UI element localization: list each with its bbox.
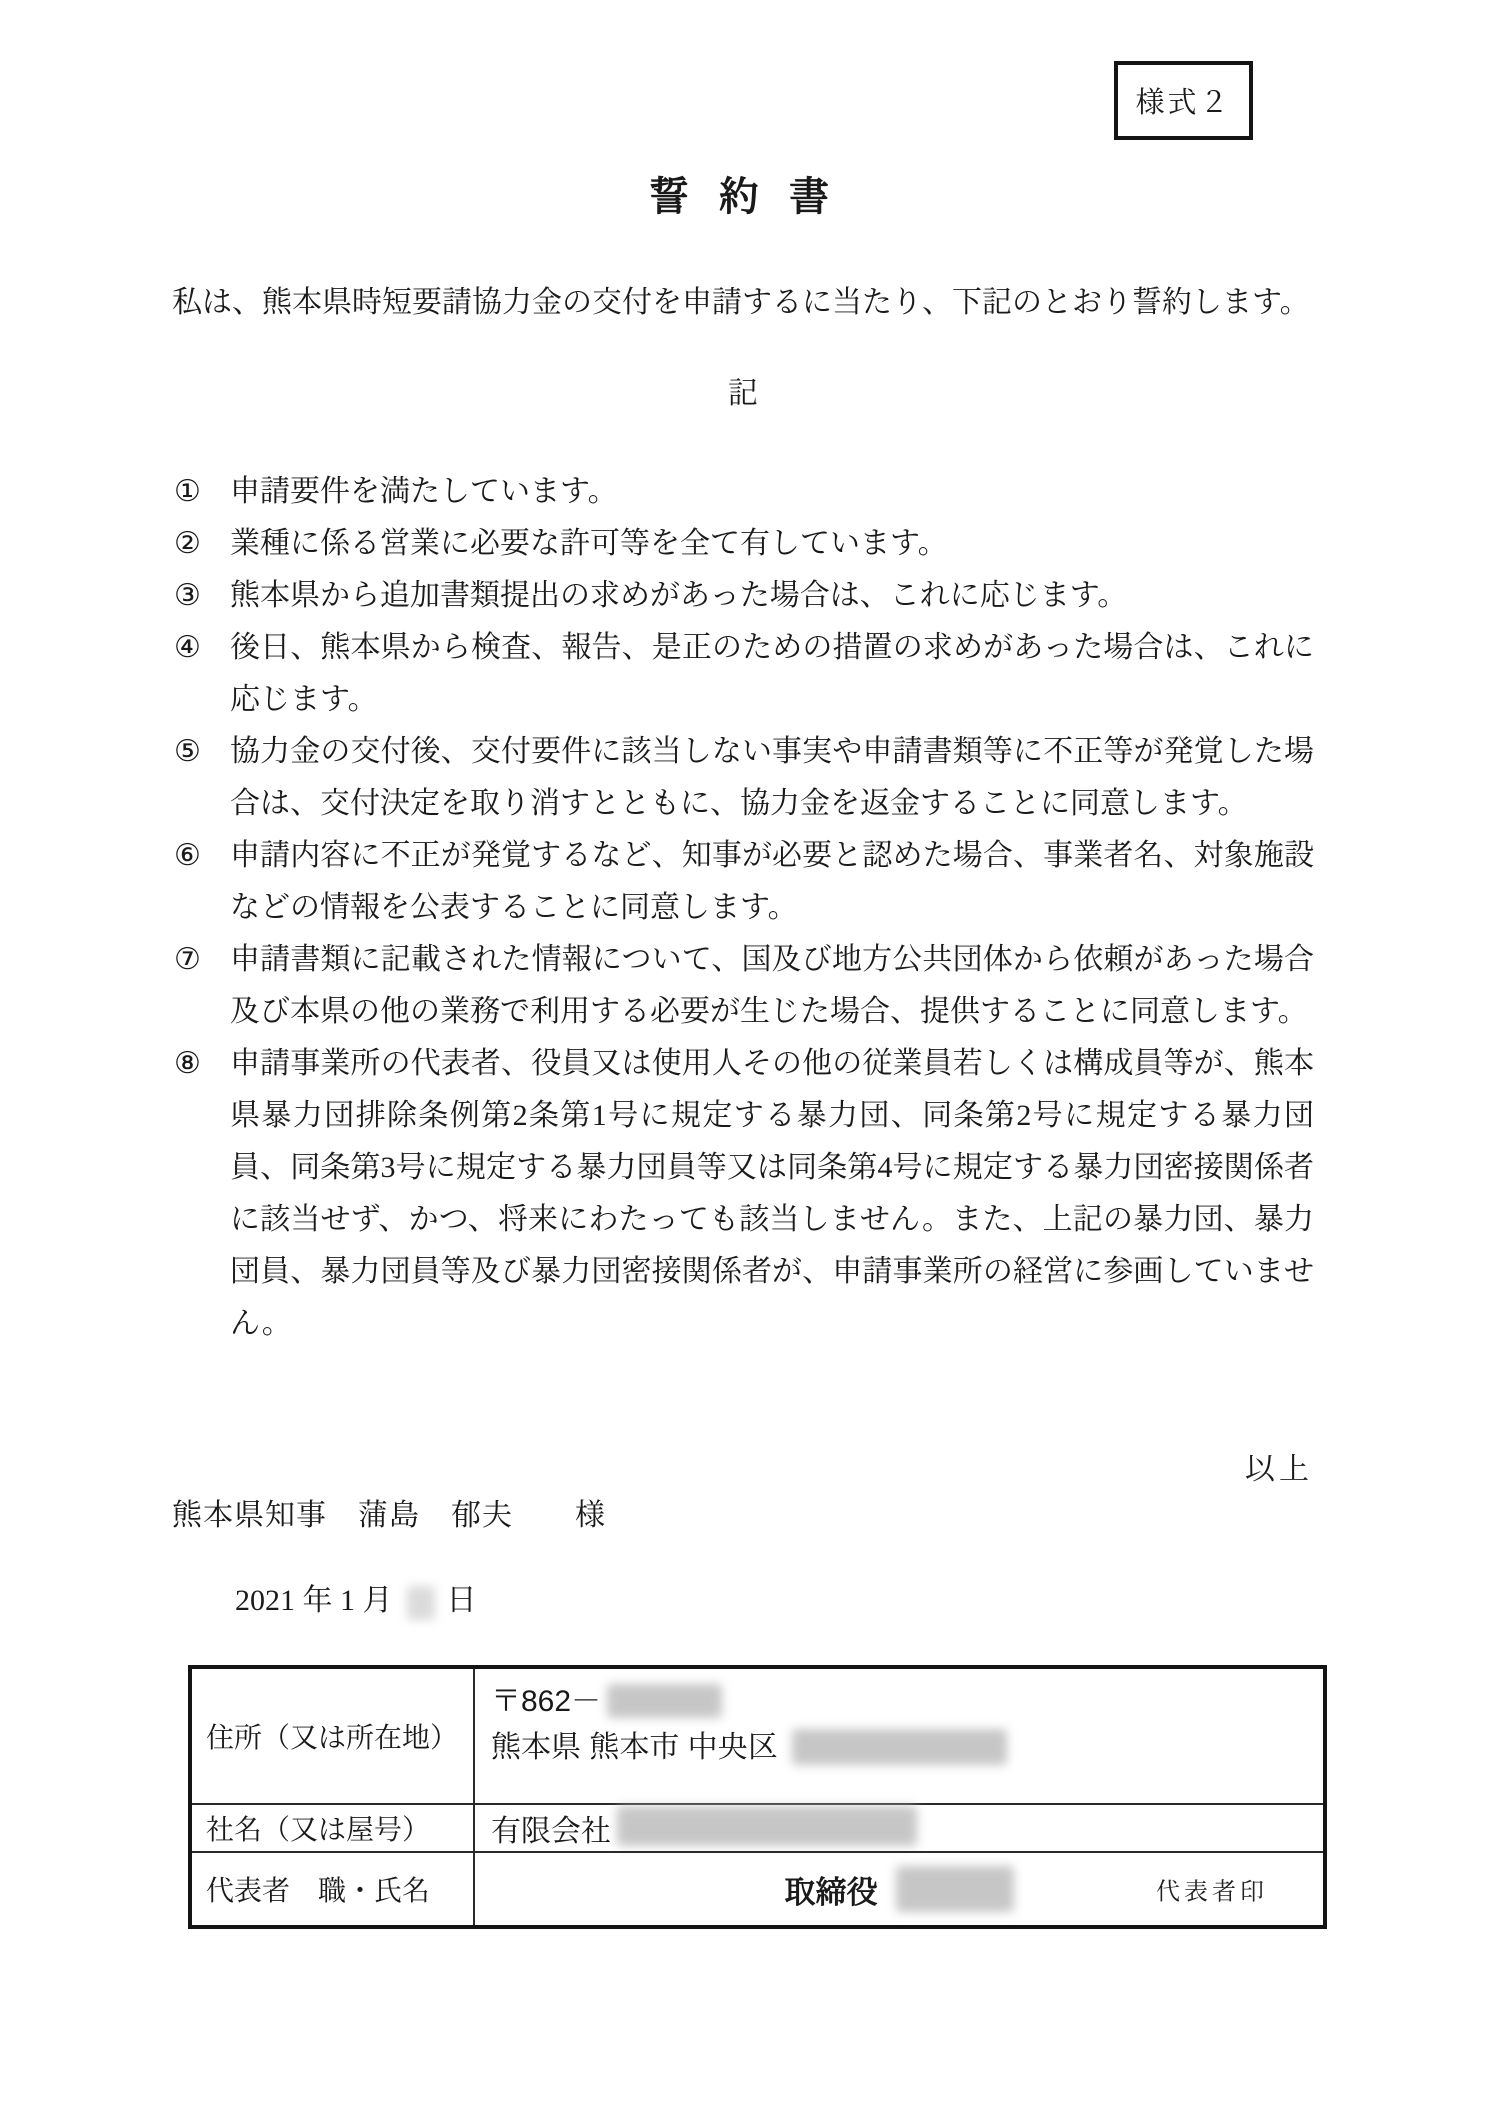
form-number-box: 様式２	[1114, 61, 1253, 140]
address-label-cell: 住所（又は所在地）	[192, 1669, 473, 1803]
item-number: ⑤	[174, 726, 201, 778]
form-number-label: 様式２	[1135, 80, 1231, 121]
item-number: ④	[174, 622, 201, 674]
item-number: ③	[174, 570, 201, 622]
redacted-representative-name	[896, 1866, 1014, 1912]
redacted-day	[407, 1586, 435, 1620]
date-suffix: 日	[447, 1584, 477, 1617]
redacted-postal-code	[607, 1684, 722, 1718]
item-text: 申請書類に記載された情報について、国及び地方公共団体から依頼があった場合及び本県…	[230, 943, 1314, 1028]
item-text: 申請要件を満たしています。	[230, 475, 618, 508]
representative-title-text: 取締役	[785, 1867, 878, 1912]
pledge-list: ① 申請要件を満たしています。 ② 業種に係る営業に必要な許可等を全て有していま…	[172, 466, 1314, 1350]
representative-label-cell: 代表者 職・氏名	[192, 1851, 473, 1925]
item-number: ⑥	[174, 830, 201, 882]
pledge-item-5: ⑤ 協力金の交付後、交付要件に該当しない事実や申請書類等に不正等が発覚した場合は…	[172, 726, 1314, 830]
pledge-item-6: ⑥ 申請内容に不正が発覚するなど、知事が必要と認めた場合、事業者名、対象施設など…	[172, 830, 1314, 934]
address-value-cell: 〒862－ 熊本県 熊本市 中央区	[473, 1669, 1323, 1803]
company-name-text: 有限会社	[491, 1806, 611, 1850]
intro-paragraph: 私は、熊本県時短要請協力金の交付を申請するに当たり、下記のとおり誓約します。	[172, 283, 1322, 322]
signer-info-table: 住所（又は所在地） 〒862－ 熊本県 熊本市 中央区 社名（又は屋号） 有限会…	[188, 1665, 1327, 1929]
pledge-item-1: ① 申請要件を満たしています。	[172, 466, 1314, 518]
item-number: ①	[174, 466, 201, 518]
item-number: ⑦	[174, 934, 201, 986]
item-text: 熊本県から追加書類提出の求めがあった場合は、これに応じます。	[230, 579, 1127, 612]
section-marker: 記	[0, 368, 1488, 412]
pledge-item-3: ③ 熊本県から追加書類提出の求めがあった場合は、これに応じます。	[172, 570, 1314, 622]
address-label: 住所（又は所在地）	[206, 1716, 458, 1756]
redacted-address	[792, 1729, 1007, 1765]
pledge-item-7: ⑦ 申請書類に記載された情報について、国及び地方公共団体から依頼があった場合及び…	[172, 934, 1314, 1038]
addressee-line: 熊本県知事 蒲島 郁夫 様	[172, 1490, 606, 1534]
address-line: 熊本県 熊本市 中央区	[491, 1725, 1323, 1771]
pledge-item-2: ② 業種に係る営業に必要な許可等を全て有しています。	[172, 518, 1314, 570]
address-text: 熊本県 熊本市 中央区	[491, 1731, 778, 1764]
closing-text: 以上	[1245, 1444, 1313, 1488]
item-text: 後日、熊本県から検査、報告、是正のための措置の求めがあった場合は、これに応じます…	[230, 631, 1314, 716]
item-text: 業種に係る営業に必要な許可等を全て有しています。	[230, 527, 948, 560]
item-text: 協力金の交付後、交付要件に該当しない事実や申請書類等に不正等が発覚した場合は、交…	[230, 735, 1314, 820]
seal-note: 代表者印	[1156, 1872, 1268, 1907]
pledge-item-8: ⑧ 申請事業所の代表者、役員又は使用人その他の従業員若しくは構成員等が、熊本県暴…	[172, 1038, 1314, 1350]
item-number: ②	[174, 518, 201, 570]
date-line: 2021 年 1 月日	[235, 1575, 477, 1620]
document-title: 誓 約 書	[0, 165, 1488, 222]
item-text: 申請事業所の代表者、役員又は使用人その他の従業員若しくは構成員等が、熊本県暴力団…	[230, 1047, 1314, 1340]
company-value-cell: 有限会社	[473, 1803, 1323, 1851]
postal-code-line: 〒862－	[491, 1679, 1323, 1725]
date-prefix: 2021 年 1 月	[235, 1584, 393, 1617]
pledge-item-4: ④ 後日、熊本県から検査、報告、是正のための措置の求めがあった場合は、これに応じ…	[172, 622, 1314, 726]
representative-label: 代表者 職・氏名	[206, 1869, 430, 1909]
item-text: 申請内容に不正が発覚するなど、知事が必要と認めた場合、事業者名、対象施設などの情…	[230, 839, 1314, 924]
company-label-cell: 社名（又は屋号）	[192, 1803, 473, 1851]
redacted-company-name	[617, 1806, 917, 1846]
representative-value-cell: 取締役 代表者印	[473, 1851, 1323, 1925]
company-label: 社名（又は屋号）	[206, 1808, 430, 1848]
item-number: ⑧	[174, 1038, 201, 1090]
pledge-document-page: 様式２ 誓 約 書 私は、熊本県時短要請協力金の交付を申請するに当たり、下記のと…	[0, 0, 1488, 2104]
postal-code-text: 〒862－	[491, 1685, 601, 1718]
